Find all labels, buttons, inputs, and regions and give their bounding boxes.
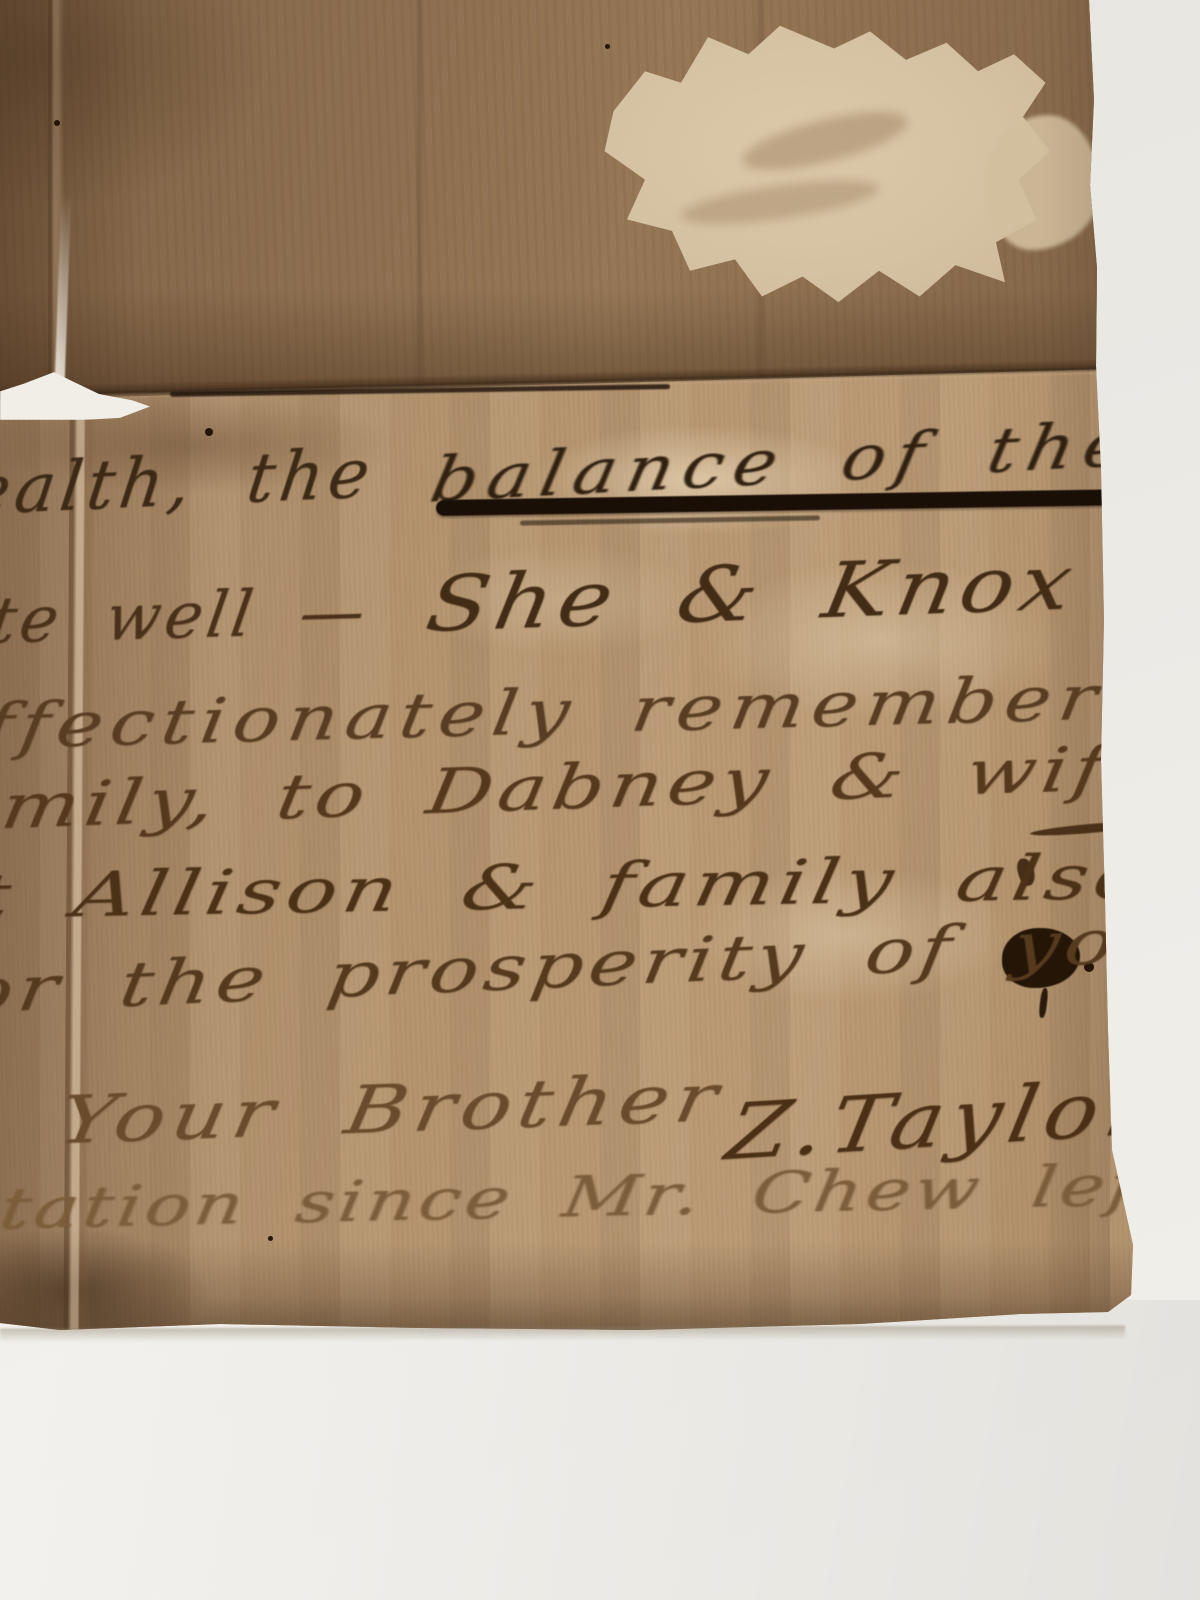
- ink-speck: [268, 1236, 273, 1241]
- ink-speck: [54, 120, 60, 126]
- ink-speck: [605, 44, 610, 49]
- paper-shadow: [0, 1326, 1125, 1343]
- photo-scene: ealth, the balance of the ite well — She…: [0, 0, 1200, 1600]
- ink-speck: [205, 428, 213, 436]
- backdrop-sheen: [0, 1300, 1200, 1600]
- paper-upper-leaf: [0, 0, 1145, 400]
- handwriting-line-2: ite well —: [0, 574, 374, 659]
- letter-paper: ealth, the balance of the ite well — She…: [0, 0, 1145, 1335]
